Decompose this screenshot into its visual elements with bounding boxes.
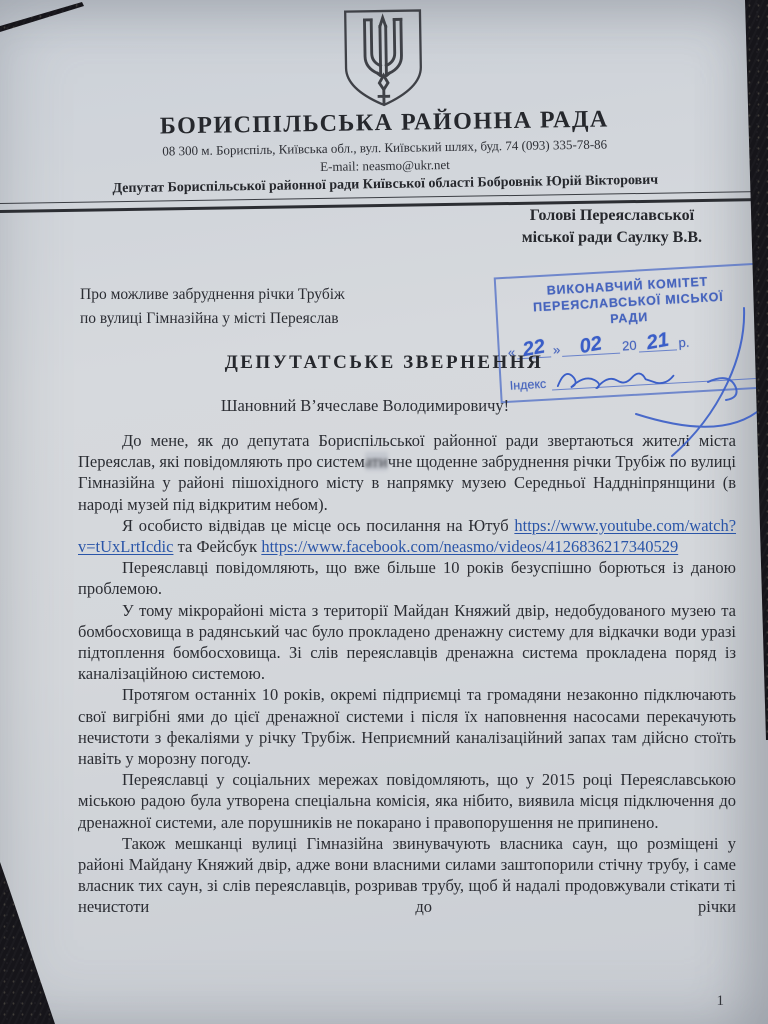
paragraph-6: Переяславці у соціальних мережах повідом… <box>78 769 736 833</box>
paragraph-3: Переяславці повідомляють, що вже більше … <box>78 557 736 599</box>
stamp-index-label: Індекс <box>509 377 546 393</box>
paragraph-1: До мене, як до депутата Бориспільської р… <box>78 430 736 515</box>
paragraph-2-intro: Я особисто відвідав це місце ось посилан… <box>122 516 509 535</box>
recipient-line-2: міської ради Саулку В.В. <box>522 227 702 249</box>
salutation: Шановний В’ячеславе Володимировичу! <box>0 396 730 416</box>
facebook-label: Фейсбук <box>196 537 257 556</box>
letter-body: До мене, як до депутата Бориспільської р… <box>78 430 736 918</box>
paragraph-7: Також мешканці вулиці Гімназійна звинува… <box>78 833 736 918</box>
ukraine-trident-coat-of-arms-icon <box>337 7 431 108</box>
conjunction-text: та <box>178 537 193 556</box>
letter-page: БОРИСПІЛЬСЬКА РАЙОННА РАДА 08 300 м. Бор… <box>0 0 768 1024</box>
paragraph-5: Протягом останніх 10 років, окремі підпр… <box>78 684 736 769</box>
page-number: 1 <box>717 993 725 1010</box>
paragraph-4: У тому мікрорайоні міста з території Май… <box>78 600 736 685</box>
paragraph-2: Я особисто відвідав це місце ось посилан… <box>78 515 736 557</box>
recipient-block: Голові Переяславської міської ради Саулк… <box>522 205 702 249</box>
scanned-letter-photo: БОРИСПІЛЬСЬКА РАЙОННА РАДА 08 300 м. Бор… <box>0 0 768 1024</box>
handwritten-year: 21 <box>645 333 669 351</box>
year-suffix: р. <box>678 335 690 351</box>
official-registration-stamp: ВИКОНАВЧИЙ КОМІТЕТ ПЕРЕЯСЛАВСЬКОЇ МІСЬКО… <box>494 263 767 404</box>
letterhead: БОРИСПІЛЬСЬКА РАЙОННА РАДА 08 300 м. Бор… <box>0 0 768 213</box>
stamp-year-blank: 21 <box>638 333 677 352</box>
facebook-link[interactable]: https://www.facebook.com/neasmo/videos/4… <box>261 537 678 556</box>
document-heading: ДЕПУТАТСЬКЕ ЗВЕРНЕННЯ <box>0 352 768 374</box>
recipient-line-1: Голові Переяславської <box>522 205 702 227</box>
subject-block: Про можливе забруднення річки Трубіж по … <box>80 283 345 331</box>
subject-line-2: по вулиці Гімназійна у місті Переяслав <box>80 307 345 331</box>
blurred-text-fragment: ати <box>365 452 388 471</box>
subject-line-1: Про можливе забруднення річки Трубіж <box>80 283 345 307</box>
